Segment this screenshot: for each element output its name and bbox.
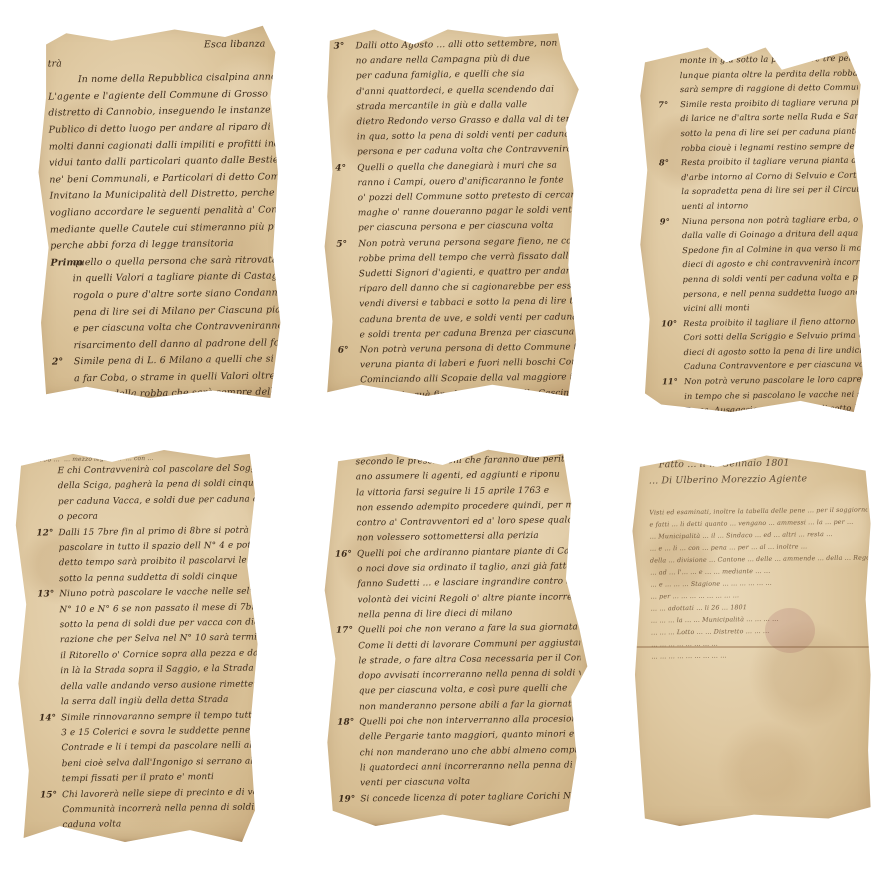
article-number: 15° (40, 788, 62, 804)
article-line: perdita della robba che sarà sempre dell… (52, 385, 280, 398)
page-5-text: secondo le prescrizioni che faranno due … (334, 452, 583, 807)
article-number: 9° (660, 214, 682, 229)
article-line: Forca, Ausagasio, ed altri pascoli sotto… (662, 401, 862, 412)
article-number: 16° (335, 547, 357, 563)
page-3-text: monte in giù sotto la pena di lire tre p… (657, 51, 862, 412)
page-4-text: ... 98 ... ... mezzo legale ... ... con … (35, 452, 260, 834)
article-number: 11° (662, 374, 684, 389)
article-number: 2° (52, 355, 74, 372)
manuscript-page-4: ... 98 ... ... mezzo legale ... ... con … (8, 446, 268, 842)
page-2-text: 3°Dalli otto Agosto ... alli otto settem… (333, 36, 576, 396)
article-number: 13° (37, 587, 59, 603)
article-number: 10° (661, 316, 683, 331)
article-number: 17° (336, 624, 358, 640)
article-number: 19° (338, 792, 360, 808)
article-number: 4° (335, 161, 357, 177)
article-number: 5° (336, 237, 358, 253)
article-number: 6° (338, 343, 360, 359)
fold-line (630, 646, 878, 648)
manuscript-page-6: Fatto ... li ... Gennaio 1801 ... Di Ulb… (630, 448, 878, 826)
manuscript-page-3: monte in giù sotto la pena di lire tre p… (638, 40, 870, 412)
text-line: mediante quelle Cautele cui stimeranno p… (50, 219, 278, 239)
article-number: 18° (337, 715, 359, 731)
page-6-text: Fatto ... li ... Gennaio 1801 ... Di Ulb… (649, 454, 870, 663)
faded-text-line: ... ... ... ... ... ... ... ... ... (651, 648, 869, 663)
header-corner-note: Esca libanza (47, 36, 275, 56)
manuscript-page-2: 3°Dalli otto Agosto ... alli otto settem… (322, 22, 584, 396)
article-number: 7° (658, 97, 680, 112)
article-line: la sopradetta pena di lire sei per il Ci… (659, 182, 859, 199)
article-line: 19°Si concede licenza di poter tagliare … (338, 789, 582, 808)
article-number: 12° (36, 526, 58, 542)
article-number: 8° (659, 155, 681, 170)
article-number: 3° (333, 39, 355, 55)
article-number: Primo (50, 255, 72, 272)
manuscript-page-1: Esca libanza trà In nome della Repubblic… (36, 22, 288, 398)
article-line: beni cioè selva dall'Ingonigo si serrano… (40, 754, 260, 772)
article-number: 14° (39, 711, 61, 727)
article-line: il monte in quà fin al Colmine, e dalla … (338, 386, 576, 396)
page-1-text: Esca libanza trà In nome della Repubblic… (47, 36, 280, 398)
article-line: caduna volta (40, 816, 260, 834)
manuscript-page-5: secondo le prescrizioni che faranno due … (322, 446, 590, 826)
article-line: persona, e nell penna suddetta luogo anc… (661, 284, 861, 301)
